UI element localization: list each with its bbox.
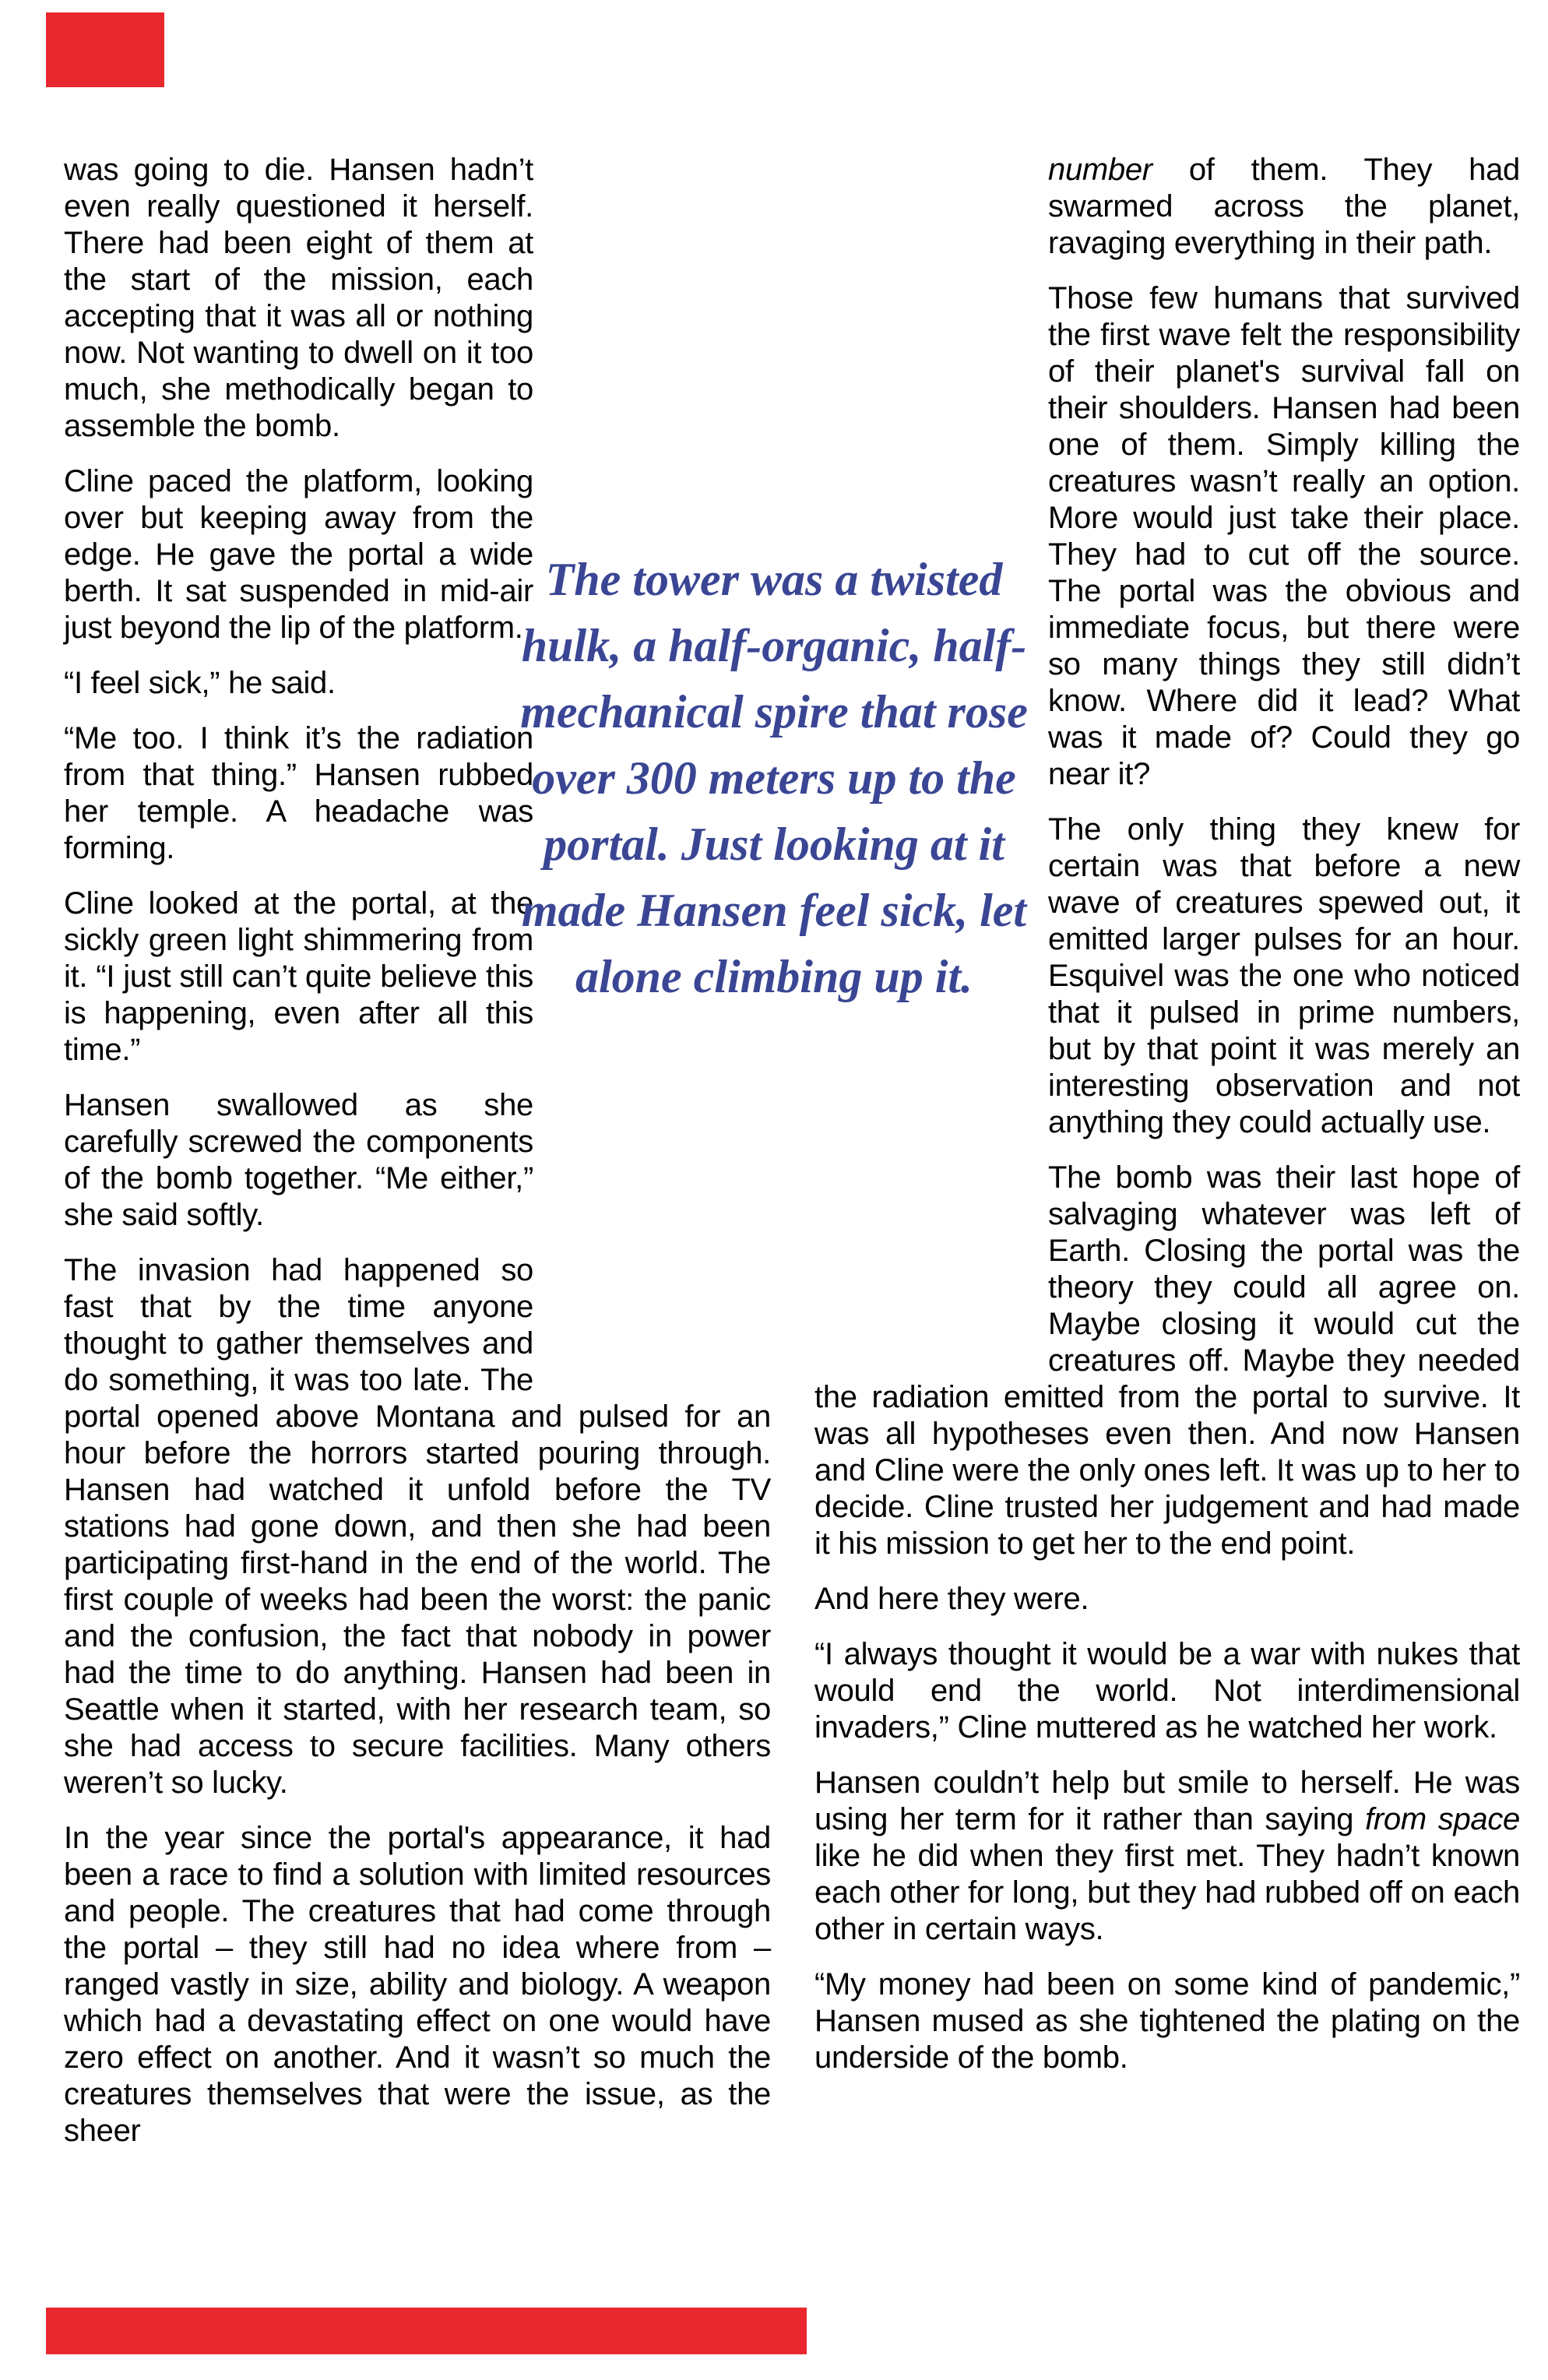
text-segment: “I always thought it would be a war with… <box>814 1637 1520 1745</box>
redaction-bar-top <box>46 12 164 87</box>
text-segment: The only thing they knew for certain was… <box>1048 812 1520 1139</box>
text-segment: “Me too. I think it’s the radiation from… <box>64 721 533 865</box>
text-segment: Hansen swallowed as she carefully screwe… <box>64 1088 533 1232</box>
text-segment: like he did when they first met. They ha… <box>814 1839 1520 1946</box>
paragraph: “My money had been on some kind of pande… <box>814 1966 1520 2076</box>
right-text-column: number of them. They had swarmed across … <box>814 152 1520 2095</box>
italic-text-segment: number <box>1048 153 1152 187</box>
italic-text-segment: from space <box>1365 1802 1520 1836</box>
pull-quote: The tower was a twisted hulk, a half-org… <box>517 547 1031 1010</box>
text-segment: “My money had been on some kind of pande… <box>814 1967 1520 2075</box>
paragraph: number of them. They had swarmed across … <box>814 152 1520 262</box>
story-page: was going to die. Hansen hadn’t even rea… <box>0 0 1548 2380</box>
paragraph: In the year since the portal's appearanc… <box>64 1820 771 2149</box>
text-segment: Those few humans that survived the first… <box>1048 281 1520 791</box>
text-segment: was going to die. Hansen hadn’t even rea… <box>64 153 533 443</box>
text-segment: And here they were. <box>814 1582 1089 1616</box>
paragraph: “I always thought it would be a war with… <box>814 1636 1520 1746</box>
text-segment: Cline paced the platform, looking over b… <box>64 464 533 645</box>
text-segment: Cline looked at the portal, at the sickl… <box>64 886 533 1067</box>
text-segment: “I feel sick,” he said. <box>64 666 336 700</box>
left-text-column: was going to die. Hansen hadn’t even rea… <box>64 152 771 2168</box>
redaction-bar-bottom <box>46 2308 807 2354</box>
paragraph: was going to die. Hansen hadn’t even rea… <box>64 152 771 445</box>
paragraph: And here they were. <box>814 1581 1520 1618</box>
paragraph: Hansen couldn’t help but smile to hersel… <box>814 1765 1520 1948</box>
text-segment: In the year since the portal's appearanc… <box>64 1821 771 2148</box>
